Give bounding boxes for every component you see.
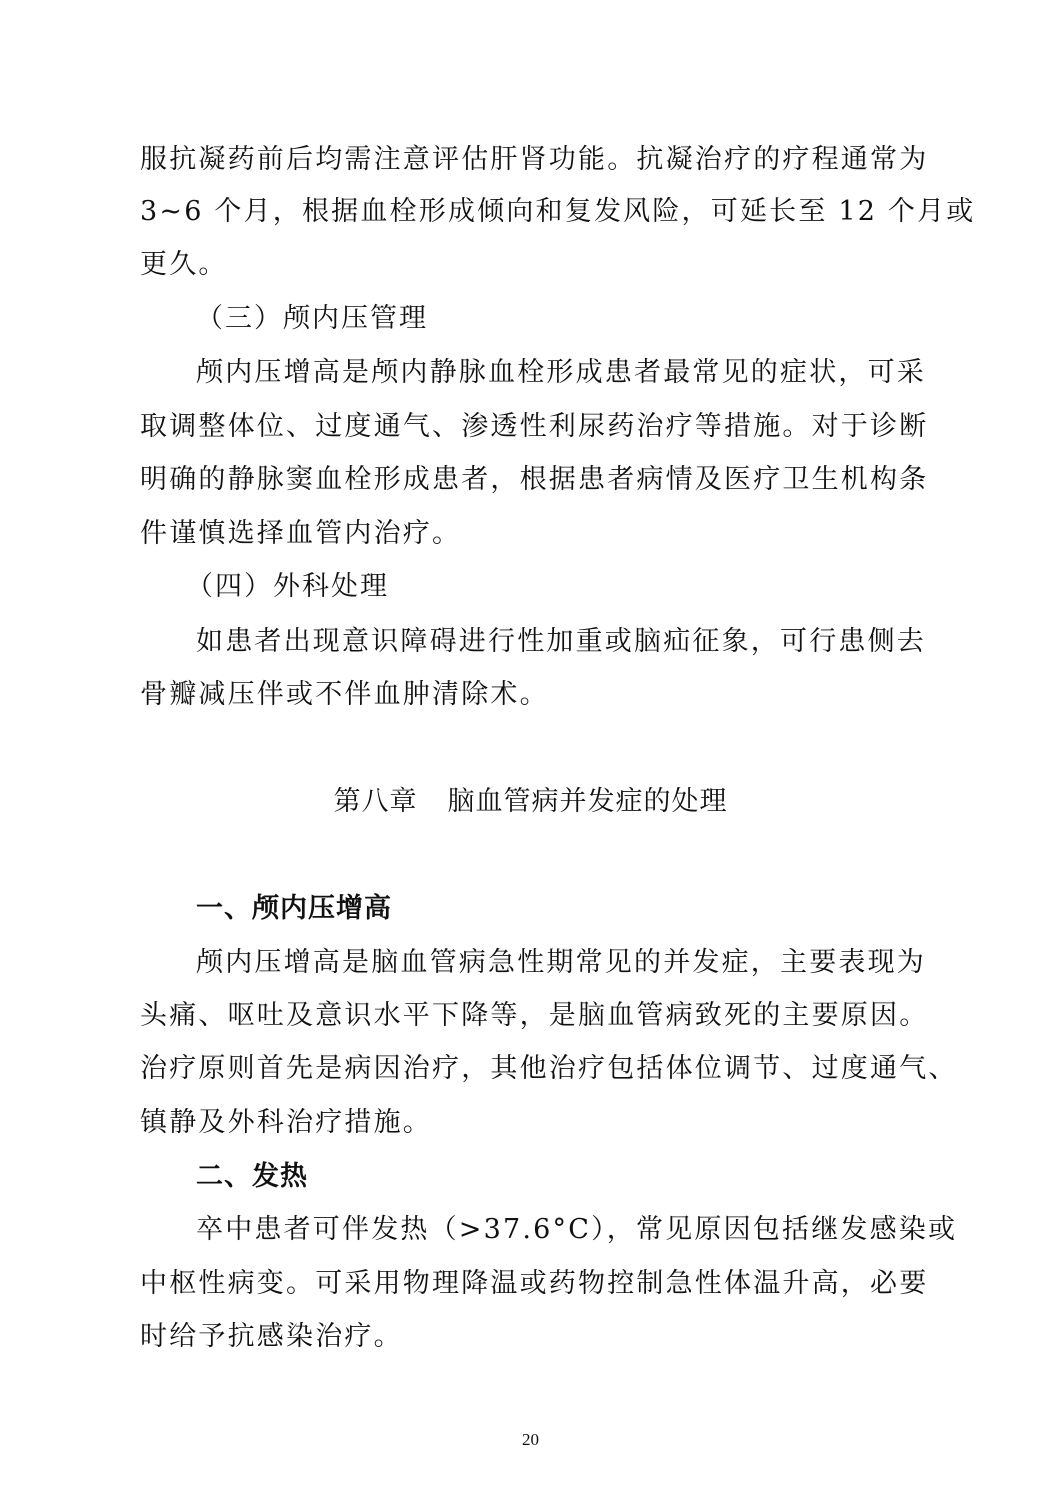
body-text-line: 骨瓣减压伴或不伴血肿清除术。 xyxy=(140,677,920,713)
section-heading: 一、颅内压增高 xyxy=(196,891,392,927)
body-text-line: 时给予抗感染治疗。 xyxy=(140,1319,920,1355)
subsection-heading: （三）颅内压管理 xyxy=(196,301,976,337)
chapter-title: 第八章脑血管病并发症的处理 xyxy=(0,784,1061,820)
body-text-line: 颅内压增高是颅内静脉血栓形成患者最常见的症状，可采 xyxy=(196,355,920,391)
body-text-line: 更久。 xyxy=(140,247,920,283)
body-text-line: 明确的静脉窦血栓形成患者，根据患者病情及医疗卫生机构条 xyxy=(140,462,920,498)
body-text-line: 件谨慎选择血管内治疗。 xyxy=(140,516,920,552)
body-text-line: 头痛、呕吐及意识水平下降等，是脑血管病致死的主要原因。 xyxy=(140,998,920,1034)
body-text-line: 服抗凝药前后均需注意评估肝肾功能。抗凝治疗的疗程通常为 xyxy=(140,142,920,178)
body-text-line: 镇静及外科治疗措施。 xyxy=(140,1105,920,1141)
body-text-line: 取调整体位、过度通气、渗透性利尿药治疗等措施。对于诊断 xyxy=(140,409,920,445)
body-text-line: 3~6 个月，根据血栓形成倾向和复发风险，可延长至 12 个月或 xyxy=(140,194,920,230)
page-number: 20 xyxy=(0,1430,1061,1450)
chapter-name: 脑血管病并发症的处理 xyxy=(448,786,728,817)
body-text-line: 治疗原则首先是病因治疗，其他治疗包括体位调节、过度通气、 xyxy=(140,1051,920,1087)
body-text-line: 颅内压增高是脑血管病急性期常见的并发症，主要表现为 xyxy=(196,945,920,981)
subsection-heading: （四）外科处理 xyxy=(186,569,966,605)
section-heading: 二、发热 xyxy=(196,1159,308,1195)
chapter-number: 第八章 xyxy=(334,786,418,817)
body-text-line: 卒中患者可伴发热（>37.6°C），常见原因包括继发感染或 xyxy=(196,1212,920,1248)
body-text-line: 如患者出现意识障碍进行性加重或脑疝征象，可行患侧去 xyxy=(196,624,920,660)
body-text-line: 中枢性病变。可采用物理降温或药物控制急性体温升高，必要 xyxy=(140,1266,920,1302)
